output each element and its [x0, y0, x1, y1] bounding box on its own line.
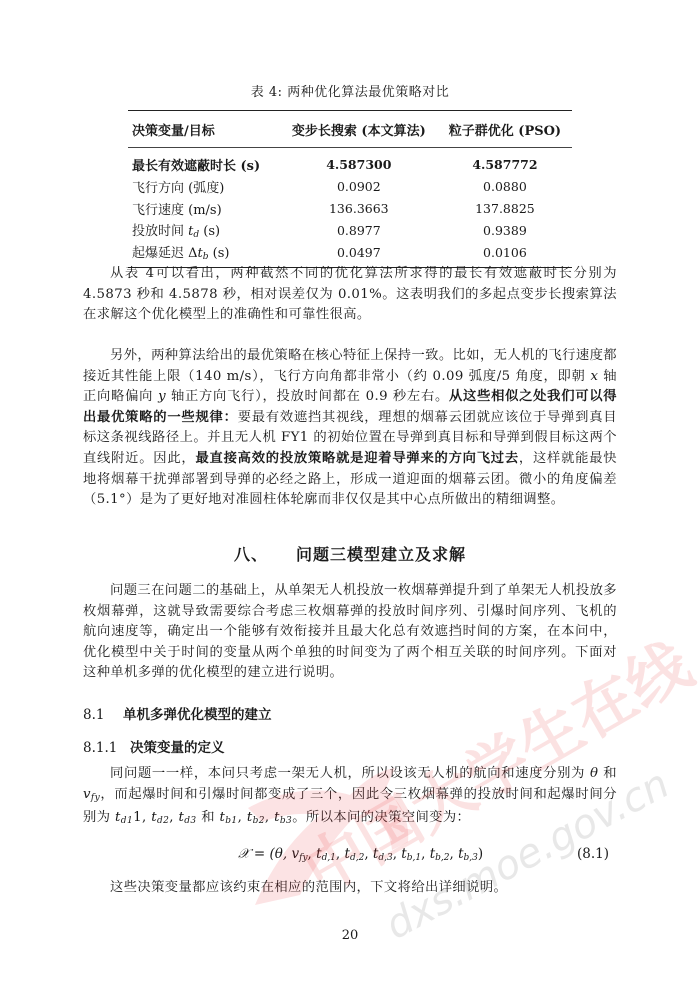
- table-row: 最长有效遮蔽时长 (s) 4.587300 4.587772: [128, 148, 572, 176]
- row-label: 飞行方向 (弧度): [128, 175, 280, 197]
- cell-value: 0.0880: [438, 175, 572, 197]
- table-header: 变步长搜索 (本文算法): [280, 111, 438, 148]
- table-header: 粒子群优化 (PSO): [438, 111, 572, 148]
- paragraph-strategy-analysis: 另外，两种算法给出的最优策略在核心特征上保持一致。比如，无人机的飞行速度都接近其…: [83, 346, 617, 511]
- comparison-table: 决策变量/目标 变步长搜索 (本文算法) 粒子群优化 (PSO) 最长有效遮蔽时…: [128, 110, 572, 268]
- paragraph-decision-variables: 同问题一一样，本问只考虑一架无人机，所以设该无人机的航向和速度分别为 θ 和 v…: [83, 764, 617, 832]
- cell-value: 136.3663: [280, 197, 438, 219]
- section-heading: 八、问题三模型建立及求解: [0, 542, 700, 565]
- table-header-row: 决策变量/目标 变步长搜索 (本文算法) 粒子群优化 (PSO): [128, 111, 572, 148]
- table-header: 决策变量/目标: [128, 111, 280, 148]
- row-label: 飞行速度 (m/s): [128, 197, 280, 219]
- cell-value: 0.0902: [280, 175, 438, 197]
- page-number: 20: [0, 928, 700, 943]
- paper-page: 表 4: 两种优化算法最优策略对比 决策变量/目标 变步长搜索 (本文算法) 粒…: [0, 0, 700, 989]
- table-row: 投放时间 td (s) 0.8977 0.9389: [128, 219, 572, 241]
- cell-value: 4.587300: [280, 148, 438, 176]
- equation-body: 𝒳 = (θ, vfy, td,1, td,2, td,3, tb,1, tb,…: [238, 846, 483, 863]
- subsubsection-heading: 8.1.1决策变量的定义: [83, 736, 225, 756]
- row-label: 最长有效遮蔽时长 (s): [128, 148, 280, 176]
- cell-value: 0.8977: [280, 219, 438, 241]
- table-row: 飞行速度 (m/s) 136.3663 137.8825: [128, 197, 572, 219]
- cell-value: 0.9389: [438, 219, 572, 241]
- paragraph-problem-three-intro: 问题三在问题二的基础上，从单架无人机投放一枚烟幕弹提升到了单架无人机投放多枚烟幕…: [83, 581, 617, 684]
- cell-value: 137.8825: [438, 197, 572, 219]
- cell-value: 4.587772: [438, 148, 572, 176]
- table-caption: 表 4: 两种优化算法最优策略对比: [0, 81, 700, 100]
- table-row: 飞行方向 (弧度) 0.0902 0.0880: [128, 175, 572, 197]
- row-label: 投放时间 td (s): [128, 219, 280, 241]
- paragraph-constraints-note: 这些决策变量都应该约束在相应的范围内，下文将给出详细说明。: [83, 878, 617, 899]
- equation-number: (8.1): [577, 846, 609, 862]
- paragraph-results-comparison: 从表 4可以看出，两种截然不同的优化算法所求得的最长有效遮蔽时长分别为 4.58…: [83, 264, 617, 326]
- subsection-heading: 8.1单机多弹优化模型的建立: [83, 703, 272, 723]
